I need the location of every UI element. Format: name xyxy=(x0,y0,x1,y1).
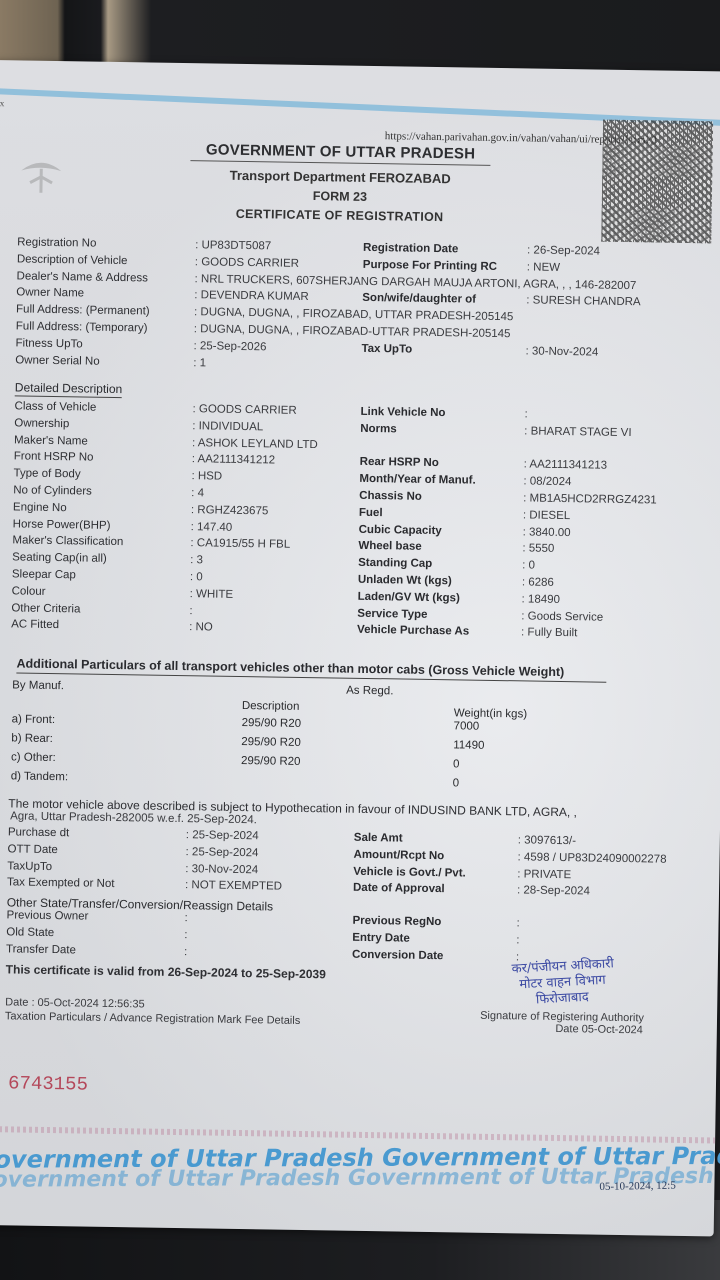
document-header: GOVERNMENT OF UTTAR PRADESH Transport De… xyxy=(190,141,491,225)
vehicle-detail-value-right: 18490 xyxy=(522,593,561,606)
vehicle-detail-value-right: Goods Service xyxy=(521,610,603,623)
additional-particulars-section: Additional Particulars of all transport … xyxy=(9,650,701,800)
purchase-field-label-right: Amount/Rcpt No xyxy=(353,849,444,862)
axle-weight: 0 xyxy=(453,777,460,789)
vehicle-detail-value: GOODS CARRIER xyxy=(192,403,296,417)
form-number: FORM 23 xyxy=(190,187,490,206)
registration-field-label-right: Son/wife/daughter of xyxy=(362,292,476,306)
transfer-field-label: Transfer Date xyxy=(6,943,76,956)
registration-field-label: Owner Serial No xyxy=(15,354,100,367)
vehicle-detail-label: Sleepar Cap xyxy=(12,568,76,581)
registration-field-value-right: NEW xyxy=(527,261,560,274)
transfer-field-value xyxy=(184,929,187,941)
purchase-field-value: 30-Nov-2024 xyxy=(185,863,258,876)
vehicle-detail-value: ASHOK LEYLAND LTD xyxy=(192,437,318,451)
signature-date: Date 05-Oct-2024 xyxy=(467,1022,657,1037)
vehicle-detail-label-right: Wheel base xyxy=(358,540,421,553)
vehicle-detail-label-right: Fuel xyxy=(359,507,383,519)
vehicle-detail-label: Other Criteria xyxy=(11,602,80,615)
government-title: GOVERNMENT OF UTTAR PRADESH xyxy=(190,141,490,166)
vehicle-detail-label-right: Service Type xyxy=(357,607,427,620)
vehicle-detail-label: Colour xyxy=(12,585,46,598)
vehicle-detail-value: 147.40 xyxy=(191,521,233,534)
transfer-field-value xyxy=(184,912,187,924)
additional-particulars-title: Additional Particulars of all transport … xyxy=(16,656,606,682)
registration-field-label: Dealer's Name & Address xyxy=(17,270,148,284)
registration-field-label-right: Purpose For Printing RC xyxy=(363,259,497,273)
vehicle-detail-value: WHITE xyxy=(190,588,234,601)
serial-number: 6743155 xyxy=(8,1072,88,1095)
vehicle-detail-label-right: Rear HSRP No xyxy=(360,456,439,469)
registration-field-label: Fitness UpTo xyxy=(15,337,82,350)
vehicle-detail-label: Engine No xyxy=(13,501,67,514)
vehicle-detail-value-right: AA2111341213 xyxy=(524,459,608,472)
print-timestamp-stamp: 05-10-2024, 12:5 xyxy=(599,1180,676,1193)
registration-field-value-right: 26-Sep-2024 xyxy=(527,244,600,257)
registration-section: Registration NoUP83DT5087Registration Da… xyxy=(15,236,707,381)
paper-serial-number: P6743155 xyxy=(0,1072,88,1096)
vehicle-detail-value-right: DIESEL xyxy=(523,509,570,522)
vehicle-detail-label: Maker's Classification xyxy=(12,535,123,549)
tyre-description: 295/90 R20 xyxy=(241,736,301,749)
vehicle-detail-value: HSD xyxy=(191,470,222,482)
vehicle-detail-value: 3 xyxy=(190,554,203,566)
signature-block: कर/पंजीयन अधिकारी मोटर वाहन विभाग फिरोजा… xyxy=(467,958,658,1037)
vehicle-detail-label: Maker's Name xyxy=(14,434,88,447)
vehicle-detail-value-right: 6286 xyxy=(522,576,554,589)
registration-field-label: Full Address: (Permanent) xyxy=(16,304,150,318)
by-manuf-label: By Manuf. xyxy=(12,679,64,692)
purchase-field-label: Purchase dt xyxy=(8,826,70,839)
vehicle-detail-label: No of Cylinders xyxy=(13,484,92,497)
registration-field-label-right: Tax UpTo xyxy=(361,343,412,356)
registration-field-label-right: Registration Date xyxy=(363,242,458,255)
up-emblem-icon xyxy=(16,152,67,199)
transfer-field-value xyxy=(184,946,187,958)
qr-code xyxy=(601,120,713,244)
security-microtext xyxy=(0,1126,715,1144)
weight-column-header: Weight(in kgs) xyxy=(454,707,527,720)
purchase-field-value-right: 3097613/- xyxy=(518,834,576,847)
tyre-description: 295/90 R20 xyxy=(242,717,302,730)
transfer-field-label-right: Conversion Date xyxy=(352,949,444,962)
registration-field-label: Registration No xyxy=(17,236,96,249)
purchase-field-label: OTT Date xyxy=(8,843,58,856)
registration-field-label: Owner Name xyxy=(16,287,84,300)
vehicle-detail-value-right: 0 xyxy=(522,560,535,572)
vehicle-detail-value-right: Fully Built xyxy=(521,627,577,640)
vehicle-detail-label: Class of Vehicle xyxy=(14,400,96,413)
vehicle-detail-value-right: 08/2024 xyxy=(523,476,571,489)
axle-weight: 7000 xyxy=(453,720,479,732)
purchase-field-value-right: 28-Sep-2024 xyxy=(517,885,590,898)
axle-label: d) Tandem: xyxy=(11,770,69,783)
vehicle-detail-value: CA1915/55 H FBL xyxy=(190,538,290,552)
purchase-field-value: 25-Sep-2024 xyxy=(185,846,258,859)
vehicle-detail-value: 0 xyxy=(190,571,203,583)
registration-field-label: Description of Vehicle xyxy=(17,253,128,267)
vehicle-detail-value: AA2111341212 xyxy=(192,454,276,467)
vehicle-detail-label: Horse Power(BHP) xyxy=(13,518,111,532)
purchase-field-label: TaxUpTo xyxy=(7,860,52,873)
vehicle-detail-value: 4 xyxy=(191,487,204,499)
vehicle-detail-label-right: Month/Year of Manuf. xyxy=(359,473,475,487)
transfer-field-label-right: Entry Date xyxy=(352,932,410,945)
transfer-field-label-right: Previous RegNo xyxy=(352,915,441,928)
purchase-field-label-right: Sale Amt xyxy=(354,832,403,845)
vehicle-detail-label: Seating Cap(in all) xyxy=(12,552,107,565)
detailed-description-section: Detailed Description Class of VehicleGOO… xyxy=(11,376,705,646)
vehicle-detail-label-right: Norms xyxy=(360,423,397,436)
vehicle-detail-value-right: 5550 xyxy=(522,543,554,556)
vehicle-detail-value: NO xyxy=(189,622,213,634)
purchase-field-value: 25-Sep-2024 xyxy=(186,829,259,842)
vehicle-detail-label-right: Link Vehicle No xyxy=(360,406,445,419)
vehicle-detail-label-right: Standing Cap xyxy=(358,557,432,570)
vehicle-detail-value: RGHZ423675 xyxy=(191,504,269,517)
as-regd-label: As Regd. xyxy=(346,685,393,698)
axle-weight: 0 xyxy=(453,758,460,770)
registration-field-value: 25-Sep-2026 xyxy=(193,340,266,353)
transfer-field-label: Previous Owner xyxy=(6,910,88,923)
vehicle-detail-value xyxy=(189,605,192,617)
purchase-field-label-right: Date of Approval xyxy=(353,882,445,895)
vehicle-detail-value-right: 3840.00 xyxy=(523,526,571,539)
transfer-field-value-right xyxy=(516,918,519,930)
vehicle-detail-label-right: Cubic Capacity xyxy=(359,523,442,536)
registration-field-value: DEVENDRA KUMAR xyxy=(194,290,309,304)
registration-field-value-right: 30-Nov-2024 xyxy=(525,345,598,358)
vehicle-detail-label-right: Unladen Wt (kgs) xyxy=(358,574,452,587)
registration-field-value: UP83DT5087 xyxy=(195,239,271,252)
purchase-field-value: NOT EXEMPTED xyxy=(185,880,282,894)
vehicle-detail-label: AC Fitted xyxy=(11,619,59,632)
axle-label: b) Rear: xyxy=(11,732,53,745)
purchase-field-value-right: PRIVATE xyxy=(517,868,571,881)
purchase-field-value-right: 4598 / UP83D24090002278 xyxy=(517,851,666,865)
axle-label: a) Front: xyxy=(12,713,56,726)
vehicle-detail-label: Ownership xyxy=(14,417,69,430)
vehicle-detail-label-right: Vehicle Purchase As xyxy=(357,624,469,638)
axle-weight: 11490 xyxy=(453,739,484,751)
department-title: Transport Department FEROZABAD xyxy=(190,167,490,187)
purchase-field-label-right: Vehicle is Govt./ Pvt. xyxy=(353,865,466,879)
vehicle-detail-label-right: Laden/GV Wt (kgs) xyxy=(358,591,460,605)
registration-certificate-paper: ox https://vahan.parivahan.gov.in/vahan/… xyxy=(0,60,720,1236)
vehicle-detail-value: INDIVIDUAL xyxy=(192,420,263,433)
transfer-field-label: Old State xyxy=(6,926,54,939)
tyre-description: 295/90 R20 xyxy=(241,755,301,768)
vehicle-detail-label: Front HSRP No xyxy=(14,451,94,464)
vehicle-detail-value-right: BHARAT STAGE VI xyxy=(524,425,632,439)
registration-field-label: Full Address: (Temporary) xyxy=(16,320,148,334)
vehicle-detail-label-right: Chassis No xyxy=(359,490,422,503)
browser-tab-fragment: ox xyxy=(0,98,4,108)
transfer-field-value-right xyxy=(516,934,519,946)
vehicle-detail-label: Type of Body xyxy=(13,468,80,481)
certificate-title: CERTIFICATE OF REGISTRATION xyxy=(190,206,490,225)
vehicle-detail-value-right: MB1A5HCD2RRGZ4231 xyxy=(523,492,657,506)
axle-label: c) Other: xyxy=(11,751,56,764)
registration-field-value: GOODS CARRIER xyxy=(195,256,299,270)
registration-field-value: 1 xyxy=(193,357,206,369)
description-column-header: Description xyxy=(242,700,300,713)
vehicle-detail-value-right xyxy=(524,408,527,420)
purchase-field-label: Tax Exempted or Not xyxy=(7,877,115,891)
detailed-description-title: Detailed Description xyxy=(15,380,123,398)
registration-field-value-right: SURESH CHANDRA xyxy=(526,295,641,309)
